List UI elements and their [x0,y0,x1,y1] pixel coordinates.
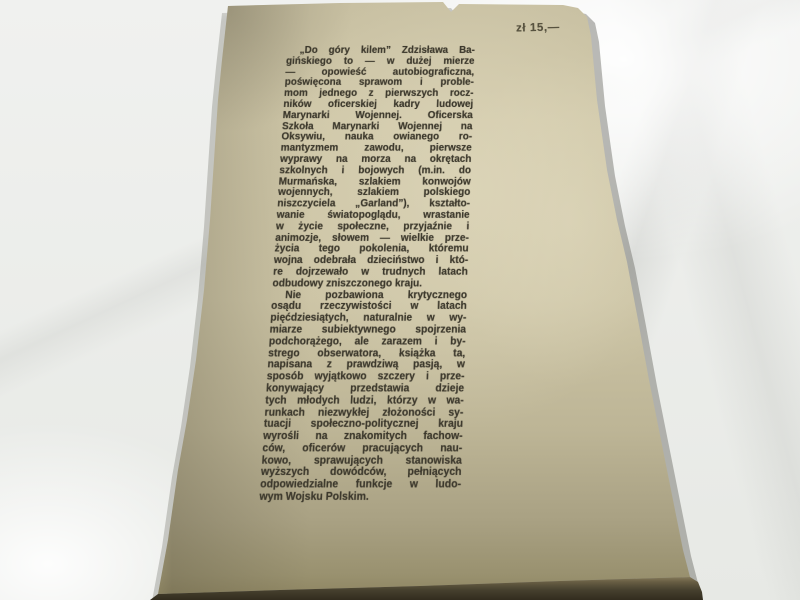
blurb-line: tych młodych ludzi, którzy w wa- [265,396,464,408]
book-back-cover-photo: zł 15,— „Do góry kilem” Zdzisława Ba-giń… [0,0,800,600]
blurb-line: w życie społeczne, przyjaźnie i [276,222,470,233]
blurb-line: szkolnych i bojowych (m.in. do [279,166,471,177]
blurb-line: ców, oficerów pracujących nau- [262,443,462,455]
blurb-line: Marynarki Wojennej. Oficerska [282,111,473,122]
blurb-line: gińskiego to — w dużej mierze [286,57,475,68]
blurb-line: odbudowy zniszczonego kraju. [272,279,468,291]
price-label: zł 15,— [516,22,560,35]
blurb-line: podchorążego, ale zarazem i by- [269,337,466,349]
blurb-line: konywający przedstawia dzieje [266,384,465,396]
blurb-line: wym Wojsku Polskim. [259,492,461,504]
blurb-text: „Do góry kilem” Zdzisława Ba-gińskiego t… [259,46,475,504]
